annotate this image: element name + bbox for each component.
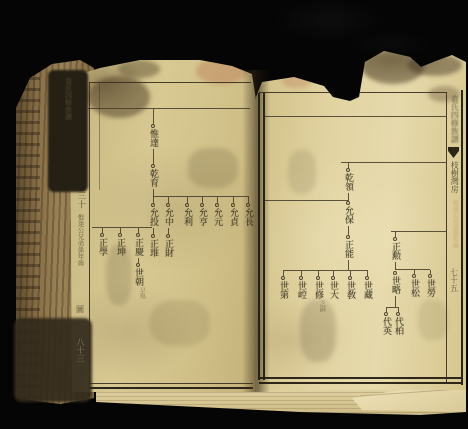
node-circle-icon bbox=[118, 233, 122, 237]
node-circle-icon bbox=[100, 233, 104, 237]
node-name: 世崆 bbox=[296, 281, 306, 299]
tree-node: 代英 bbox=[381, 312, 391, 335]
node-circle-icon bbox=[166, 234, 170, 238]
tree-node: 正能 bbox=[343, 235, 353, 258]
node-name: 正勲 bbox=[390, 242, 400, 260]
node-name: 世敎 bbox=[345, 281, 355, 299]
tree-node: 世大 bbox=[328, 276, 338, 299]
tree-node: 正坤 bbox=[115, 233, 125, 256]
node-circle-icon bbox=[136, 233, 140, 237]
node-name: 正財 bbox=[163, 239, 173, 257]
left-banxin-page-number: 八十三 bbox=[75, 338, 85, 362]
tree-node: 世朝 早殤 bbox=[133, 263, 143, 299]
tree-node: 正財 bbox=[163, 234, 173, 257]
tree-node: 惟達 bbox=[148, 124, 158, 147]
node-circle-icon bbox=[346, 168, 350, 172]
node-name: 代柏 bbox=[393, 317, 403, 335]
node-circle-icon bbox=[281, 276, 285, 280]
node-circle-icon bbox=[348, 276, 352, 280]
tree-node: 允利 bbox=[182, 203, 192, 226]
node-circle-icon bbox=[166, 203, 170, 207]
node-name: 正坤 bbox=[115, 238, 125, 256]
tree-node: 世修 乏嗣 bbox=[313, 276, 323, 312]
node-name: 正能 bbox=[343, 240, 353, 258]
tree-node: 允中 bbox=[163, 203, 173, 226]
node-circle-icon bbox=[136, 263, 140, 267]
node-name: 允長 bbox=[243, 208, 253, 226]
node-name: 允投 bbox=[148, 208, 158, 226]
node-circle-icon bbox=[151, 124, 155, 128]
node-name: 世第 bbox=[278, 281, 288, 299]
node-name: 世大 bbox=[328, 281, 338, 299]
node-circle-icon bbox=[215, 203, 219, 207]
tree-node: 允保 bbox=[343, 201, 353, 224]
tree-node: 允貞 bbox=[228, 203, 238, 226]
node-name: 正琟 bbox=[148, 239, 158, 257]
node-circle-icon bbox=[246, 203, 250, 207]
node-name: 正慶 bbox=[133, 238, 143, 256]
tree-node: 世略 bbox=[390, 271, 400, 294]
tree-node: 世勞 bbox=[425, 274, 435, 297]
tree-node: 正琟 bbox=[148, 234, 158, 257]
tree-node: 世藏 bbox=[362, 276, 372, 299]
node-name: 世略 bbox=[390, 276, 400, 294]
node-name: 允中 bbox=[163, 208, 173, 226]
node-name: 允保 bbox=[343, 206, 353, 224]
tree-node: 世松 bbox=[409, 274, 419, 297]
node-note: 早殤 bbox=[138, 287, 145, 299]
node-circle-icon bbox=[299, 276, 303, 280]
node-name: 代英 bbox=[381, 317, 391, 335]
node-note: 乏嗣 bbox=[318, 300, 325, 312]
node-name: 世修 bbox=[313, 281, 323, 299]
node-circle-icon bbox=[428, 274, 432, 278]
tree-node: 乾育 bbox=[148, 164, 158, 187]
spine-title-text: 袁氏四修族譜 bbox=[60, 78, 77, 120]
node-circle-icon bbox=[151, 234, 155, 238]
tree-node: 世崆 bbox=[296, 276, 306, 299]
node-circle-icon bbox=[346, 235, 350, 239]
node-name: 允亨 bbox=[197, 208, 207, 226]
tree-node: 允投 bbox=[148, 203, 158, 226]
node-name: 世松 bbox=[409, 279, 419, 297]
node-name: 允貞 bbox=[228, 208, 238, 226]
node-name: 世勞 bbox=[425, 279, 435, 297]
tree-node: 世敎 bbox=[345, 276, 355, 299]
node-name: 允利 bbox=[182, 208, 192, 226]
node-circle-icon bbox=[412, 274, 416, 278]
node-circle-icon bbox=[396, 312, 400, 316]
node-name: 乾領 bbox=[343, 173, 353, 191]
node-circle-icon bbox=[200, 203, 204, 207]
node-name: 正學 bbox=[97, 238, 107, 256]
tree-node: 允亨 bbox=[197, 203, 207, 226]
node-circle-icon bbox=[393, 271, 397, 275]
node-circle-icon bbox=[393, 237, 397, 241]
node-circle-icon bbox=[316, 276, 320, 280]
node-circle-icon bbox=[151, 203, 155, 207]
tree-node: 代柏 bbox=[393, 312, 403, 335]
book-photo: 卷三十 惟達公兄弟係年齒 圖 惟達 乾育 允投 bbox=[0, 0, 468, 429]
tree-node: 正學 bbox=[97, 233, 107, 256]
node-name: 世藏 bbox=[362, 281, 372, 299]
node-circle-icon bbox=[384, 312, 388, 316]
node-name: 乾育 bbox=[148, 169, 158, 187]
node-name: 允元 bbox=[212, 208, 222, 226]
tree-node: 正慶 bbox=[133, 233, 143, 256]
node-circle-icon bbox=[231, 203, 235, 207]
node-name: 惟達 bbox=[148, 129, 158, 147]
node-circle-icon bbox=[331, 276, 335, 280]
tree-node: 世第 bbox=[278, 276, 288, 299]
node-circle-icon bbox=[346, 201, 350, 205]
node-name: 世朝 bbox=[133, 268, 143, 286]
node-circle-icon bbox=[151, 164, 155, 168]
node-circle-icon bbox=[185, 203, 189, 207]
node-circle-icon bbox=[365, 276, 369, 280]
tree-node: 允元 bbox=[212, 203, 222, 226]
tree-node: 正勲 bbox=[390, 237, 400, 260]
tree-node: 乾領 bbox=[343, 168, 353, 191]
tree-node: 允長 bbox=[243, 203, 253, 226]
